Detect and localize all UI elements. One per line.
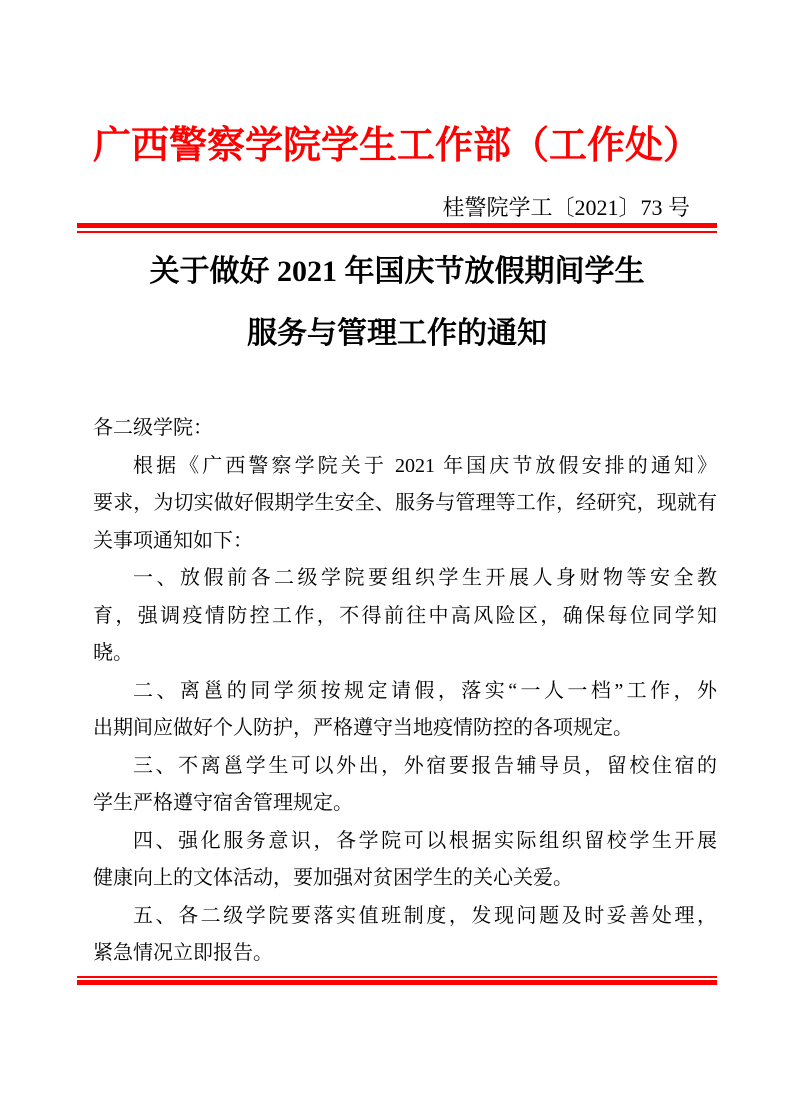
body-line: 一、放假前各二级学院要组织学生开展人身财物等安全教 [93, 560, 717, 598]
body-line: 各二级学院： [93, 410, 717, 448]
red-separator-bottom [77, 976, 717, 985]
document-number: 桂警院学工〔2021〕73 号 [77, 196, 717, 220]
document-body: 各二级学院：根据《广西警察学院关于 2021 年国庆节放假安排的通知》要求，为切… [77, 410, 717, 973]
body-line: 关事项通知如下： [93, 523, 717, 561]
separator-thick-line [77, 980, 717, 985]
body-line: 四、强化服务意识，各学院可以根据实际组织留校学生开展 [93, 823, 717, 861]
separator-thin-line [77, 231, 717, 233]
body-line: 晓。 [93, 635, 717, 673]
document-page: 广西警察学院学生工作部（工作处） 桂警院学工〔2021〕73 号 关于做好 20… [0, 0, 794, 1108]
document-title-line1: 关于做好 2021 年国庆节放假期间学生 [77, 241, 717, 303]
letterhead-title: 广西警察学院学生工作部（工作处） [77, 0, 717, 170]
red-separator-top [77, 223, 717, 233]
body-line: 出期间应做好个人防护，严格遵守当地疫情防控的各项规定。 [93, 710, 717, 748]
body-line: 育，强调疫情防控工作，不得前往中高风险区，确保每位同学知 [93, 598, 717, 636]
document-content: 广西警察学院学生工作部（工作处） 桂警院学工〔2021〕73 号 关于做好 20… [77, 0, 717, 985]
body-line: 二、离邕的同学须按规定请假，落实“一人一档”工作，外 [93, 673, 717, 711]
body-line: 紧急情况立即报告。 [93, 935, 717, 973]
body-line: 根据《广西警察学院关于 2021 年国庆节放假安排的通知》 [93, 448, 717, 486]
body-line: 健康向上的文体活动，要加强对贫困学生的关心关爱。 [93, 860, 717, 898]
document-title-line2: 服务与管理工作的通知 [77, 303, 717, 365]
body-line: 三、不离邕学生可以外出，外宿要报告辅导员，留校住宿的 [93, 748, 717, 786]
body-line: 学生严格遵守宿舍管理规定。 [93, 785, 717, 823]
document-title: 关于做好 2021 年国庆节放假期间学生 服务与管理工作的通知 [77, 241, 717, 365]
body-line: 要求，为切实做好假期学生安全、服务与管理等工作，经研究，现就有 [93, 485, 717, 523]
body-line: 五、各二级学院要落实值班制度，发现问题及时妥善处理， [93, 898, 717, 936]
